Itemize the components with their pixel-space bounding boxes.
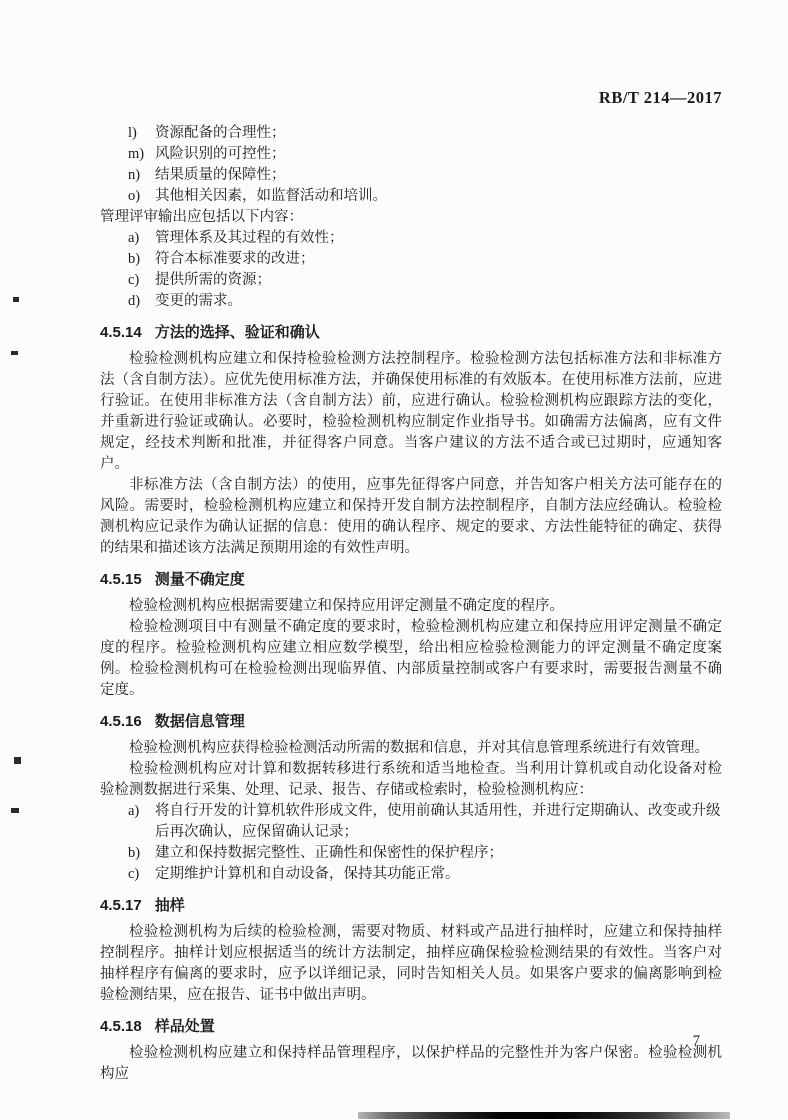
list-item-marker: m) (128, 144, 155, 165)
section-title: 样品处置 (155, 1018, 215, 1035)
list-item-marker: o) (128, 186, 155, 207)
scan-speck (11, 808, 19, 813)
list-item-text: 风险识别的可控性； (155, 144, 722, 165)
list-item-marker: b) (128, 249, 155, 270)
list-item-marker: d) (128, 291, 155, 312)
section-number: 4.5.15 (100, 571, 142, 588)
list-item-text: 结果质量的保障性； (155, 165, 722, 186)
section-paragraph: 非标准方法（含自制方法）的使用，应事先征得客户同意，并告知客户相关方法可能存在的… (100, 475, 722, 559)
list-item-text: 符合本标准要求的改进； (155, 249, 722, 270)
section-title: 抽样 (155, 897, 185, 914)
data-management-list: a) 将自行开发的计算机软件形成文件，使用前确认其适用性，并进行定期确认、改变或… (100, 801, 722, 885)
section-paragraph: 检验检测机构应根据需要建立和保持应用评定测量不确定度的程序。 (100, 596, 722, 617)
list-item-marker: a) (128, 228, 155, 249)
section-heading-4-5-16: 4.5.16数据信息管理 (100, 711, 722, 732)
list-item-text: 建立和保持数据完整性、正确性和保密性的保护程序； (155, 843, 722, 864)
list-item-text: 提供所需的资源； (155, 270, 722, 291)
list-item-marker: a) (128, 801, 155, 843)
section-paragraph: 检验检测机构应建立和保持检验检测方法控制程序。检验检测方法包括标准方法和非标准方… (100, 349, 722, 475)
review-output-list: a) 管理体系及其过程的有效性； b) 符合本标准要求的改进； c) 提供所需的… (100, 228, 722, 312)
section-paragraph: 检验检测机构应对计算和数据转移进行系统和适当地检查。当利用计算机或自动化设备对检… (100, 759, 722, 801)
list-item: b) 建立和保持数据完整性、正确性和保密性的保护程序； (100, 843, 722, 864)
review-input-list: l) 资源配备的合理性； m) 风险识别的可控性； n) 结果质量的保障性； o… (100, 123, 722, 207)
review-output-lead: 管理评审输出应包括以下内容： (100, 207, 722, 228)
list-item-marker: c) (128, 270, 155, 291)
list-item-marker: n) (128, 165, 155, 186)
section-number: 4.5.16 (100, 713, 142, 730)
list-item-marker: b) (128, 843, 155, 864)
section-heading-4-5-14: 4.5.14方法的选择、验证和确认 (100, 322, 722, 343)
list-item: a) 管理体系及其过程的有效性； (100, 228, 722, 249)
section-paragraph: 检验检测项目中有测量不确定度的要求时，检验检测机构应建立和保持应用评定测量不确定… (100, 617, 722, 701)
list-item-text: 其他相关因素，如监督活动和培训。 (155, 186, 722, 207)
section-number: 4.5.18 (100, 1018, 142, 1035)
section-paragraph: 检验检测机构应获得检验检测活动所需的数据和信息，并对其信息管理系统进行有效管理。 (100, 738, 722, 759)
list-item-text: 将自行开发的计算机软件形成文件，使用前确认其适用性，并进行定期确认、改变或升级后… (155, 801, 722, 843)
section-heading-4-5-17: 4.5.17抽样 (100, 895, 722, 916)
scan-speck (11, 351, 18, 355)
list-item: c) 提供所需的资源； (100, 270, 722, 291)
section-heading-4-5-18: 4.5.18样品处置 (100, 1016, 722, 1037)
section-number: 4.5.14 (100, 324, 142, 341)
list-item: l) 资源配备的合理性； (100, 123, 722, 144)
list-item-marker: c) (128, 864, 155, 885)
section-paragraph: 检验检测机构应建立和保持样品管理程序，以保护样品的完整性并为客户保密。检验检测机… (100, 1043, 722, 1085)
list-item-text: 变更的需求。 (155, 291, 722, 312)
list-item: m) 风险识别的可控性； (100, 144, 722, 165)
list-item-text: 定期维护计算机和自动设备，保持其功能正常。 (155, 864, 722, 885)
list-item: n) 结果质量的保障性； (100, 165, 722, 186)
document-code: RB/T 214—2017 (100, 87, 722, 108)
scan-artifact-band (358, 1112, 730, 1119)
section-number: 4.5.17 (100, 897, 142, 914)
list-item: c) 定期维护计算机和自动设备，保持其功能正常。 (100, 864, 722, 885)
scan-speck (14, 757, 21, 764)
list-item-marker: l) (128, 123, 155, 144)
list-item: b) 符合本标准要求的改进； (100, 249, 722, 270)
section-title: 测量不确定度 (155, 571, 245, 588)
page-number: 7 (693, 1033, 700, 1050)
section-title: 方法的选择、验证和确认 (155, 324, 320, 341)
list-item: a) 将自行开发的计算机软件形成文件，使用前确认其适用性，并进行定期确认、改变或… (100, 801, 722, 843)
list-item: o) 其他相关因素，如监督活动和培训。 (100, 186, 722, 207)
scan-speck (13, 297, 19, 302)
list-item-text: 资源配备的合理性； (155, 123, 722, 144)
list-item-text: 管理体系及其过程的有效性； (155, 228, 722, 249)
section-title: 数据信息管理 (155, 713, 245, 730)
section-paragraph: 检验检测机构为后续的检验检测，需要对物质、材料或产品进行抽样时，应建立和保持抽样… (100, 922, 722, 1006)
section-heading-4-5-15: 4.5.15测量不确定度 (100, 569, 722, 590)
page-content: RB/T 214—2017 l) 资源配备的合理性； m) 风险识别的可控性； … (100, 0, 722, 1085)
list-item: d) 变更的需求。 (100, 291, 722, 312)
